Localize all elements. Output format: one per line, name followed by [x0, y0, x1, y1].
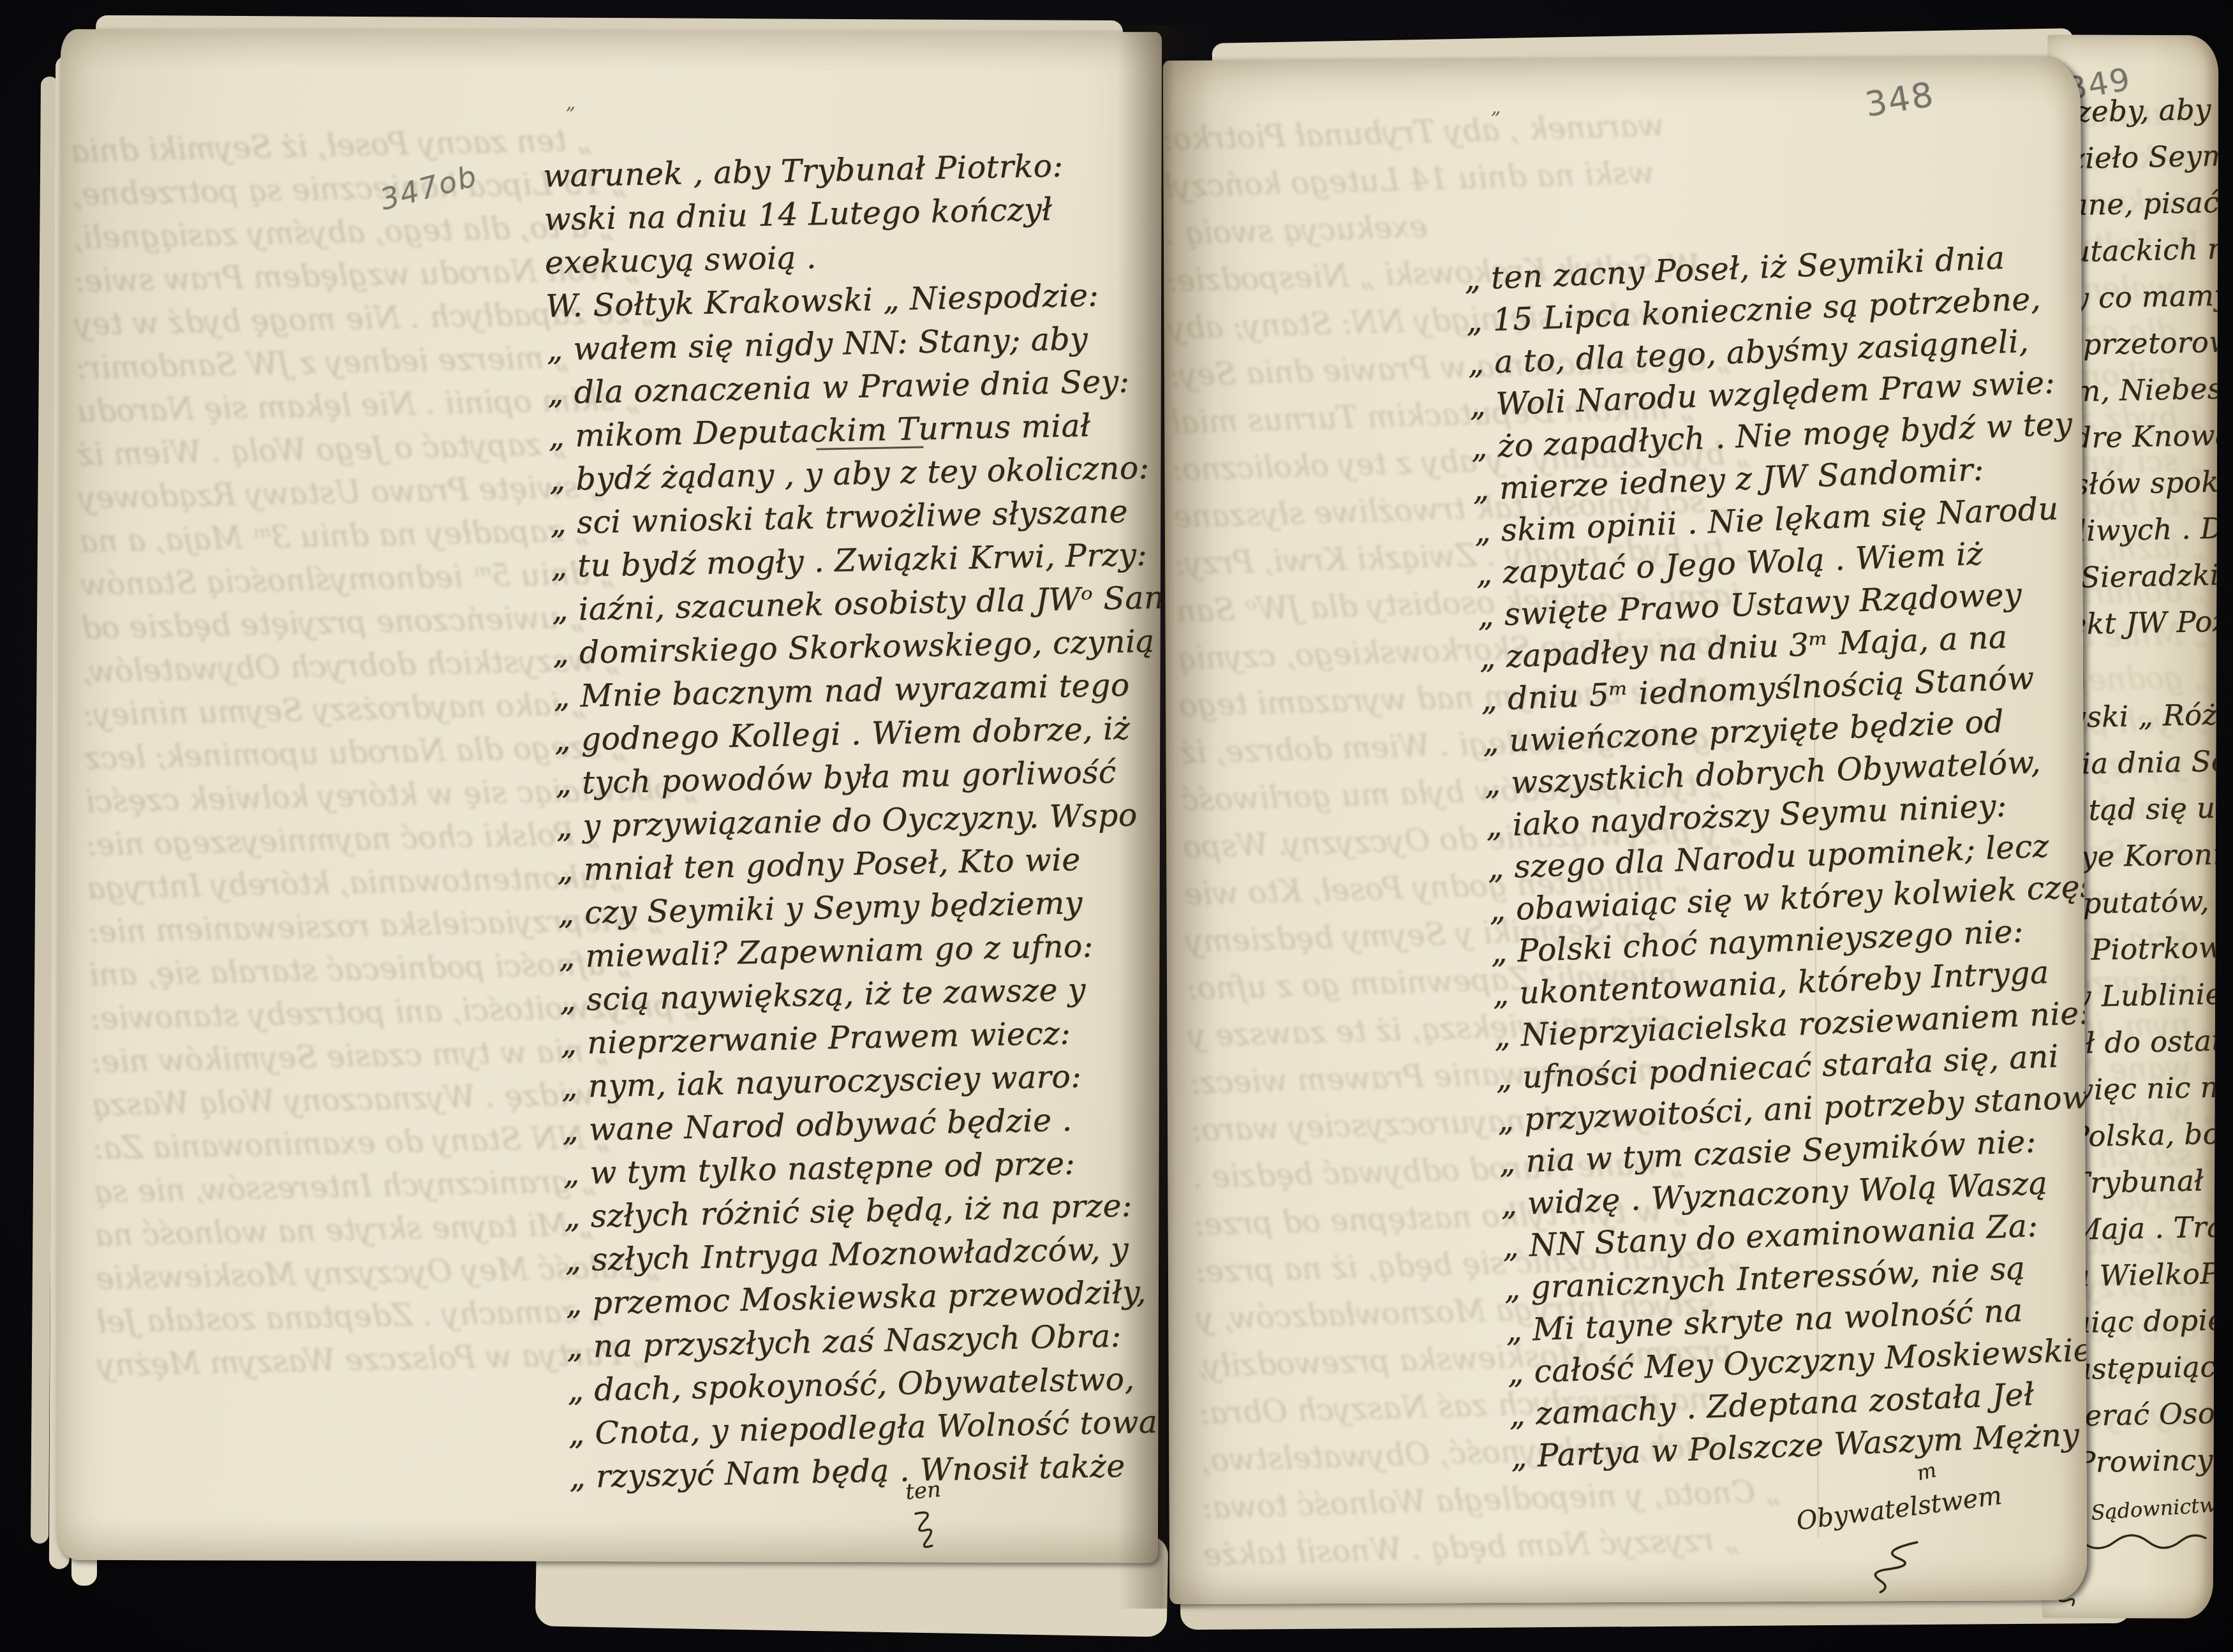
catchword-flourish-icon: [905, 1508, 950, 1560]
manuscript-line-fragment: Maja . Tra:: [2072, 1208, 2219, 1259]
manuscript-line-fragment: a WielkoPol:: [2072, 1255, 2218, 1306]
manuscript-line-fragment: więc nic nie:: [2068, 1068, 2218, 1119]
left-page-catchword: ten: [905, 1477, 942, 1505]
manuscript-line-fragment: nia dnia Sey:: [2063, 742, 2219, 793]
manuscript-line-fragment: Trybunał: [2070, 1162, 2218, 1213]
manuscript-line-fragment: wski „ Różnica: [2061, 696, 2218, 747]
right-page-text: „ ten zacny Poseł, iż Seymiki dnia„ 15 L…: [1464, 236, 2087, 1481]
manuscript-line-fragment: ał do ostatnich: [2068, 1022, 2218, 1073]
manuscript-line-fragment: Prowincye w: [2076, 1441, 2219, 1492]
left-page-347v: „ ten zacny Poseł, iż Seymiki dnia„ 15 L…: [57, 29, 1162, 1563]
manuscript-line-fragment: ierać Osoby na: [2075, 1394, 2218, 1445]
manuscript-line-fragment: iekt JW Poznań: [2059, 603, 2218, 654]
right-page-348: warunek , aby Trybunał Piotrko:wski na d…: [1163, 57, 2088, 1604]
catchword-flourish-icon: [2081, 1529, 2208, 1558]
catchword-flourish-icon: [1843, 1538, 1939, 1597]
manuscript-line-fragment: z tąd się uwa:: [2063, 789, 2218, 840]
left-page-text: warunek , aby Trybunał Piotrko:wski na d…: [543, 145, 1162, 1502]
manuscript-line-fragment: aiąc dopiero: [2073, 1301, 2218, 1352]
ink-tick-mark: „: [566, 92, 576, 114]
manuscript-line-fragment: cye Koronne: [2064, 836, 2218, 887]
manuscript-line-fragment: astępuiącym: [2074, 1348, 2218, 1399]
manuscript-photo: warunek , aby Trybunał Piotrko:wski na d…: [0, 0, 2233, 1652]
manuscript-line-fragment: Polska, bo —: [2070, 1115, 2218, 1166]
manuscript-line-fragment: w Lublinie: [2067, 975, 2219, 1026]
manuscript-line-fragment: [2061, 649, 2219, 700]
manuscript-line-fragment: z Piotrkowa: [2066, 929, 2218, 980]
manuscript-line-fragment: J Sieradzkiego: [2059, 556, 2218, 607]
manuscript-line-fragment: eputatów, De:: [2065, 882, 2219, 933]
edge-page-catchword: Sądownictwie: [2090, 1491, 2218, 1525]
ink-tick-mark: „: [1491, 96, 1501, 119]
